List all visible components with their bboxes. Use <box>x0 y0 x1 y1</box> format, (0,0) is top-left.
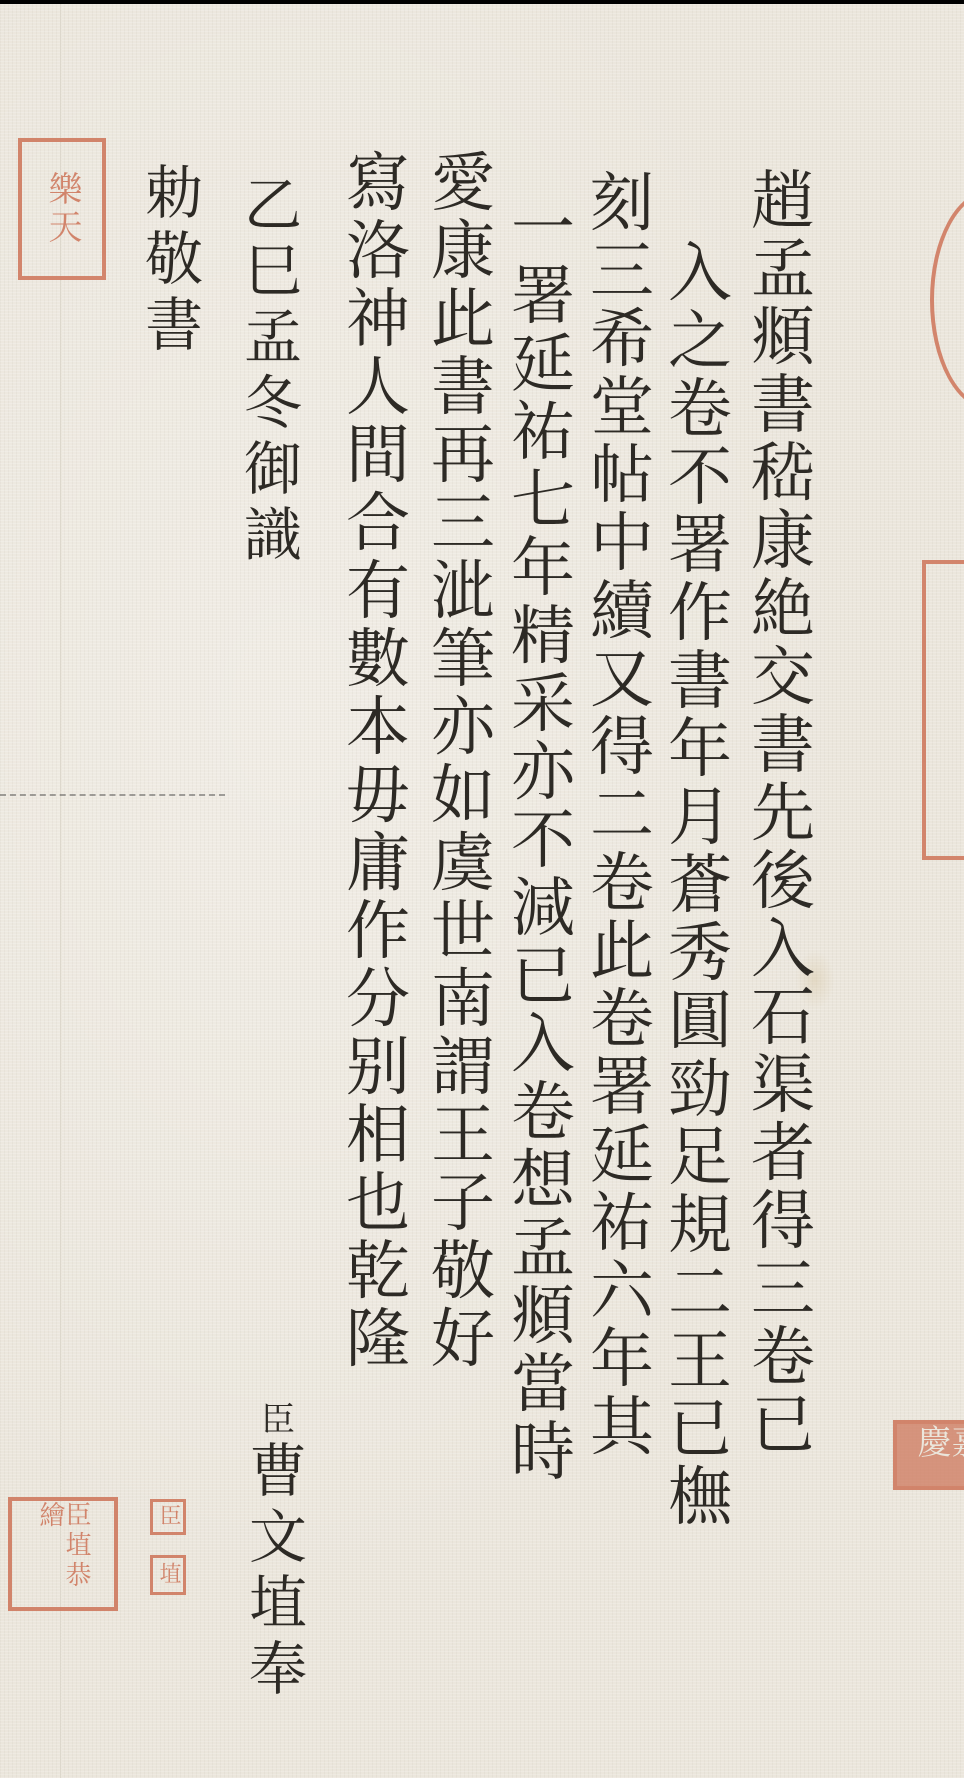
char: 合 <box>340 490 416 558</box>
char: 中 <box>584 510 660 578</box>
char: 孟 <box>505 1215 581 1283</box>
char: 交 <box>745 644 821 712</box>
char: 毋 <box>340 762 416 830</box>
char: 王 <box>425 1102 501 1170</box>
char: 帖 <box>584 442 660 510</box>
char: 亦 <box>505 739 581 807</box>
char: 王 <box>662 1328 738 1396</box>
char: 書 <box>745 712 821 780</box>
char: 識 <box>235 502 311 568</box>
char: 卷 <box>745 1324 821 1392</box>
char: 年 <box>584 1326 660 1394</box>
seal-text: 埴 <box>157 1562 179 1588</box>
char: 者 <box>745 1120 821 1188</box>
char: 文 <box>240 1504 316 1570</box>
char: 也 <box>340 1170 416 1238</box>
scan-artifact-line <box>0 794 225 804</box>
char: 書 <box>662 648 738 716</box>
char: 御 <box>235 436 311 502</box>
char: 康 <box>745 508 821 576</box>
char: 年 <box>662 716 738 784</box>
char: 作 <box>340 898 416 966</box>
char: 隆 <box>340 1306 416 1374</box>
char: 孟 <box>745 236 821 304</box>
signature-title: 臣 <box>258 1400 298 1440</box>
char: 書 <box>425 354 501 422</box>
seal-bottom-left-large: 臣埴恭繪 <box>8 1497 118 1611</box>
char: 再 <box>425 422 501 490</box>
char: 之 <box>662 308 738 376</box>
char: 筆 <box>425 626 501 694</box>
seal-bottom-left-small-2: 埴 <box>150 1555 186 1595</box>
char: 卷 <box>584 850 660 918</box>
char: 月 <box>662 784 738 852</box>
char: 秀 <box>662 920 738 988</box>
seal-right-lower: 嘉慶 <box>893 1420 964 1490</box>
text-column-7: 乙 巳 孟 冬 御 識 <box>235 172 311 568</box>
seal-text: 嘉慶 <box>914 1424 964 1486</box>
char: 規 <box>662 1192 738 1260</box>
char: 好 <box>425 1306 501 1374</box>
char: 圓 <box>662 988 738 1056</box>
char: 渠 <box>745 1052 821 1120</box>
char: 頫 <box>745 304 821 372</box>
char: 三 <box>584 238 660 306</box>
char: 二 <box>662 1260 738 1328</box>
char: 間 <box>340 422 416 490</box>
char: 不 <box>505 807 581 875</box>
char: 此 <box>425 286 501 354</box>
text-column-1: 趙 孟 頫 書 嵇 康 絶 交 書 先 後 入 石 渠 者 得 三 卷 已 <box>745 168 821 1460</box>
char: 減 <box>505 875 581 943</box>
char: 孟 <box>235 304 311 370</box>
char: 入 <box>745 916 821 984</box>
char: 橅 <box>662 1464 738 1532</box>
char: 祐 <box>584 1190 660 1258</box>
char: 勅 <box>136 160 212 226</box>
char: 子 <box>425 1170 501 1238</box>
char: 後 <box>745 848 821 916</box>
char: 人 <box>340 354 416 422</box>
char: 曹 <box>240 1438 316 1504</box>
char: 亦 <box>425 694 501 762</box>
char: 書 <box>745 372 821 440</box>
char: 相 <box>340 1102 416 1170</box>
char: 署 <box>505 263 581 331</box>
char: 愛 <box>425 150 501 218</box>
char: 神 <box>340 286 416 354</box>
char: 乾 <box>340 1238 416 1306</box>
char: 頫 <box>505 1283 581 1351</box>
char: 奉 <box>240 1636 316 1702</box>
char: 入 <box>505 1011 581 1079</box>
seal-top-left: 樂天 <box>18 138 106 280</box>
char: 署 <box>584 1054 660 1122</box>
char: 得 <box>745 1188 821 1256</box>
char: 年 <box>505 535 581 603</box>
char: 如 <box>425 762 501 830</box>
char: 當 <box>505 1351 581 1419</box>
char: 署 <box>662 512 738 580</box>
char: 庸 <box>340 830 416 898</box>
char: 趙 <box>745 168 821 236</box>
char: 分 <box>340 966 416 1034</box>
char: 數 <box>340 626 416 694</box>
char: 六 <box>584 1258 660 1326</box>
text-column-5: 愛 康 此 書 再 三 泚 筆 亦 如 虞 世 南 謂 王 子 敬 好 <box>425 150 501 1374</box>
char: 祐 <box>505 399 581 467</box>
signature-name: 曹 文 埴 奉 <box>240 1438 316 1702</box>
char: 南 <box>425 966 501 1034</box>
char: 石 <box>745 984 821 1052</box>
char: 臣 <box>258 1400 298 1440</box>
char: 巳 <box>235 238 311 304</box>
char: 堂 <box>584 374 660 442</box>
char: 延 <box>505 331 581 399</box>
text-column-2: 入 之 卷 不 署 作 書 年 月 蒼 秀 圓 勁 足 規 二 王 已 橅 <box>662 240 738 1532</box>
char: 不 <box>662 444 738 512</box>
char: 此 <box>584 918 660 986</box>
char: 康 <box>425 218 501 286</box>
char: 本 <box>340 694 416 762</box>
char: 有 <box>340 558 416 626</box>
text-column-8: 勅 敬 書 <box>136 160 212 358</box>
char: 乙 <box>235 172 311 238</box>
char: 七 <box>505 467 581 535</box>
text-column-3: 刻 三 希 堂 帖 中 續 又 得 二 卷 此 卷 署 延 祐 六 年 其 <box>584 170 660 1462</box>
char: 已 <box>505 943 581 1011</box>
char: 嵇 <box>745 440 821 508</box>
char: 謂 <box>425 1034 501 1102</box>
char: 敬 <box>425 1238 501 1306</box>
char: 已 <box>745 1392 821 1460</box>
char: 别 <box>340 1034 416 1102</box>
text-column-4: 一 署 延 祐 七 年 精 采 亦 不 減 已 入 卷 想 孟 頫 當 時 <box>505 195 581 1487</box>
char: 三 <box>745 1256 821 1324</box>
seal-bottom-left-small-1: 臣 <box>150 1499 186 1535</box>
char: 精 <box>505 603 581 671</box>
char: 卷 <box>662 376 738 444</box>
char: 刻 <box>584 170 660 238</box>
char: 三 <box>425 490 501 558</box>
char: 足 <box>662 1124 738 1192</box>
seal-right-rect: 寶鑑 <box>922 560 964 860</box>
char: 洛 <box>340 218 416 286</box>
char: 勁 <box>662 1056 738 1124</box>
char: 虞 <box>425 830 501 898</box>
char: 又 <box>584 646 660 714</box>
char: 二 <box>584 782 660 850</box>
seal-text: 臣埴恭繪 <box>37 1501 89 1607</box>
char: 埴 <box>240 1570 316 1636</box>
char: 先 <box>745 780 821 848</box>
char: 寫 <box>340 150 416 218</box>
char: 冬 <box>235 370 311 436</box>
seal-text: 寶鑑 <box>960 672 964 748</box>
char: 延 <box>584 1122 660 1190</box>
char: 一 <box>505 195 581 263</box>
char: 希 <box>584 306 660 374</box>
char: 泚 <box>425 558 501 626</box>
char: 續 <box>584 578 660 646</box>
char: 采 <box>505 671 581 739</box>
char: 入 <box>662 240 738 308</box>
text-column-6: 寫 洛 神 人 間 合 有 數 本 毋 庸 作 分 别 相 也 乾 隆 <box>340 150 416 1374</box>
char: 敬 <box>136 226 212 292</box>
char: 蒼 <box>662 852 738 920</box>
char: 已 <box>662 1396 738 1464</box>
char: 卷 <box>584 986 660 1054</box>
char: 作 <box>662 580 738 648</box>
seal-text: 樂天 <box>45 171 79 247</box>
char: 時 <box>505 1419 581 1487</box>
char: 其 <box>584 1394 660 1462</box>
char: 卷 <box>505 1079 581 1147</box>
seal-text: 臣 <box>157 1504 179 1530</box>
char: 想 <box>505 1147 581 1215</box>
char: 世 <box>425 898 501 966</box>
char: 絶 <box>745 576 821 644</box>
char: 書 <box>136 292 212 358</box>
char: 得 <box>584 714 660 782</box>
